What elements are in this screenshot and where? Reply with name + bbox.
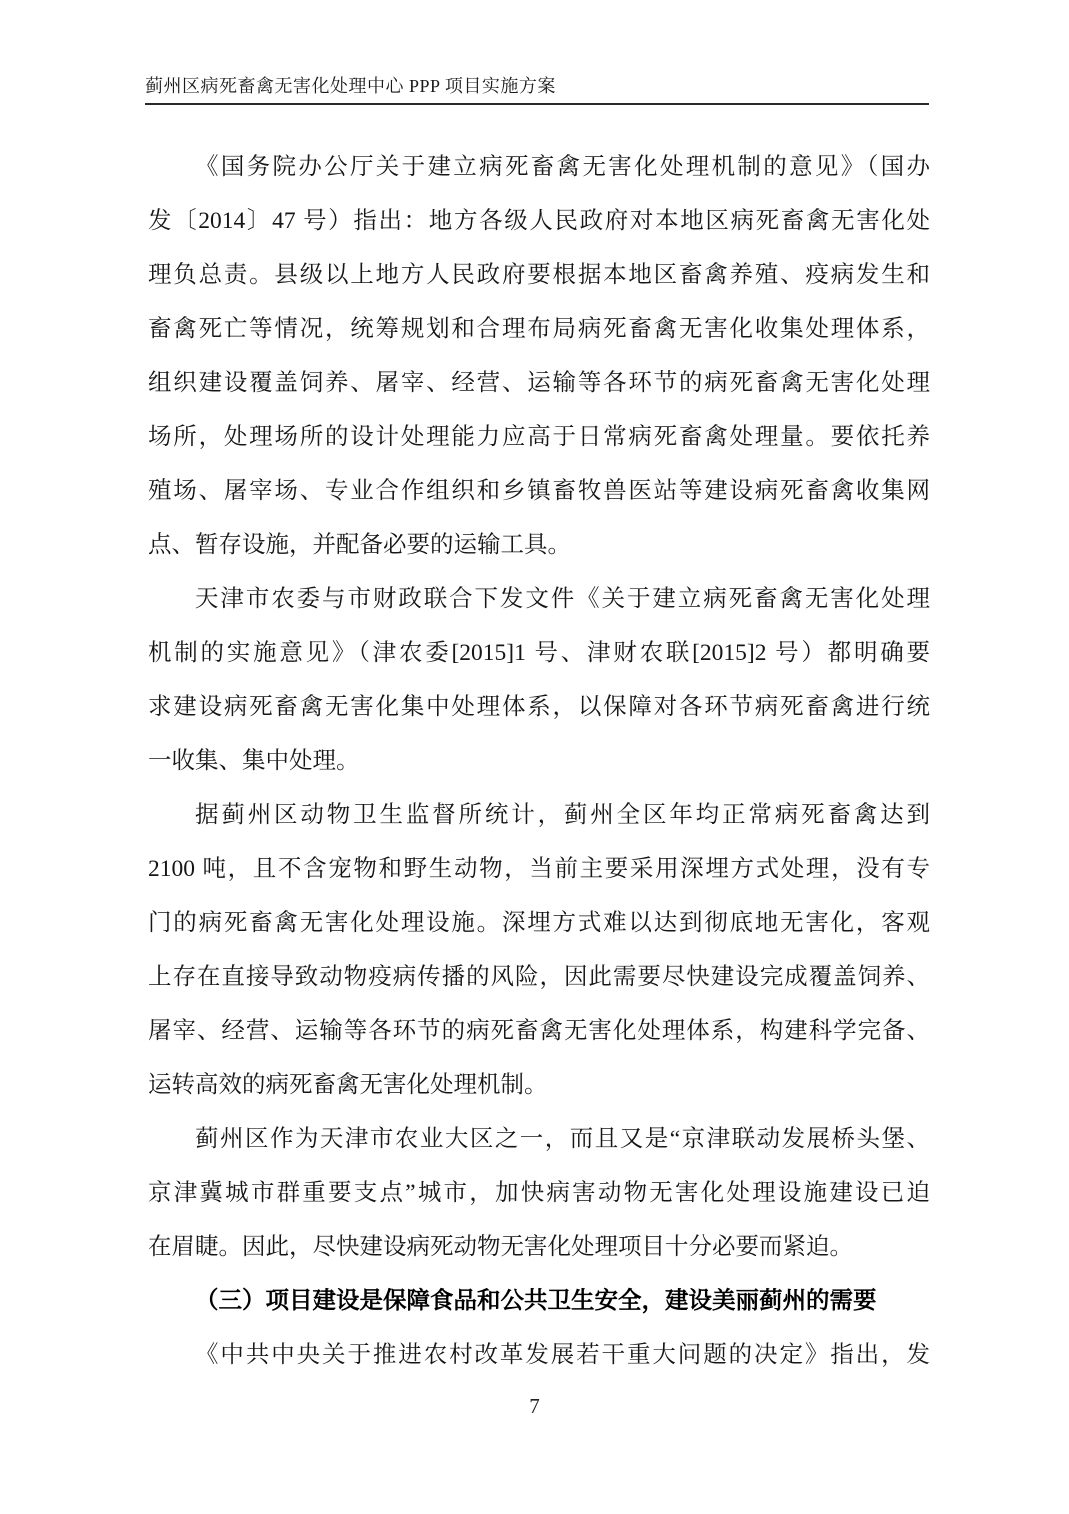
- text-line: 点、暂存设施，并配备必要的运输工具。: [148, 518, 930, 572]
- text-line: 殖场、屠宰场、专业合作组织和乡镇畜牧兽医站等建设病死畜禽收集网: [148, 464, 930, 518]
- paragraph: 《中共中央关于推进农村改革发展若干重大问题的决定》指出，发: [148, 1328, 930, 1382]
- text-line: 2100 吨，且不含宠物和野生动物，当前主要采用深埋方式处理，没有专: [148, 842, 930, 896]
- paragraph: 据蓟州区动物卫生监督所统计，蓟州全区年均正常病死畜禽达到2100 吨，且不含宠物…: [148, 788, 930, 1112]
- text-line: 《国务院办公厅关于建立病死畜禽无害化处理机制的意见》（国办: [148, 140, 930, 194]
- text-line: 蓟州区作为天津市农业大区之一，而且又是“京津联动发展桥头堡、: [148, 1112, 930, 1166]
- text-line: 天津市农委与市财政联合下发文件《关于建立病死畜禽无害化处理: [148, 572, 930, 626]
- text-line: 畜禽死亡等情况，统筹规划和合理布局病死畜禽无害化收集处理体系，: [148, 302, 930, 356]
- text-line: 一收集、集中处理。: [148, 734, 930, 788]
- text-line: 场所，处理场所的设计处理能力应高于日常病死畜禽处理量。要依托养: [148, 410, 930, 464]
- header-title: 蓟州区病死畜禽无害化处理中心 PPP 项目实施方案: [145, 74, 929, 98]
- text-line: 门的病死畜禽无害化处理设施。深埋方式难以达到彻底地无害化，客观: [148, 896, 930, 950]
- text-line: 理负总责。县级以上地方人民政府要根据本地区畜禽养殖、疫病发生和: [148, 248, 930, 302]
- document-body: 《国务院办公厅关于建立病死畜禽无害化处理机制的意见》（国办发〔2014〕47 号…: [148, 140, 930, 1382]
- page-footer: 7: [0, 1392, 1069, 1420]
- paragraph: 蓟州区作为天津市农业大区之一，而且又是“京津联动发展桥头堡、京津冀城市群重要支点…: [148, 1112, 930, 1274]
- document-page: 蓟州区病死畜禽无害化处理中心 PPP 项目实施方案 《国务院办公厅关于建立病死畜…: [0, 0, 1069, 1514]
- page-header: 蓟州区病死畜禽无害化处理中心 PPP 项目实施方案: [145, 74, 929, 105]
- page-number: 7: [529, 1394, 540, 1418]
- text-line: 发〔2014〕47 号）指出：地方各级人民政府对本地区病死畜禽无害化处: [148, 194, 930, 248]
- paragraph: 天津市农委与市财政联合下发文件《关于建立病死畜禽无害化处理机制的实施意见》（津农…: [148, 572, 930, 788]
- text-line: 《中共中央关于推进农村改革发展若干重大问题的决定》指出，发: [148, 1328, 930, 1382]
- text-line: 在眉睫。因此，尽快建设病死动物无害化处理项目十分必要而紧迫。: [148, 1220, 930, 1274]
- text-line: 求建设病死畜禽无害化集中处理体系，以保障对各环节病死畜禽进行统: [148, 680, 930, 734]
- text-line: 据蓟州区动物卫生监督所统计，蓟州全区年均正常病死畜禽达到: [148, 788, 930, 842]
- text-line: 组织建设覆盖饲养、屠宰、经营、运输等各环节的病死畜禽无害化处理: [148, 356, 930, 410]
- text-line: （三）项目建设是保障食品和公共卫生安全，建设美丽蓟州的需要: [148, 1274, 930, 1328]
- text-line: 上存在直接导致动物疫病传播的风险，因此需要尽快建设完成覆盖饲养、: [148, 950, 930, 1004]
- section-heading: （三）项目建设是保障食品和公共卫生安全，建设美丽蓟州的需要: [148, 1274, 930, 1328]
- text-line: 机制的实施意见》（津农委[2015]1 号、津财农联[2015]2 号）都明确要: [148, 626, 930, 680]
- text-line: 运转高效的病死畜禽无害化处理机制。: [148, 1058, 930, 1112]
- paragraph: 《国务院办公厅关于建立病死畜禽无害化处理机制的意见》（国办发〔2014〕47 号…: [148, 140, 930, 572]
- text-line: 京津冀城市群重要支点”城市，加快病害动物无害化处理设施建设已迫: [148, 1166, 930, 1220]
- text-line: 屠宰、经营、运输等各环节的病死畜禽无害化处理体系，构建科学完备、: [148, 1004, 930, 1058]
